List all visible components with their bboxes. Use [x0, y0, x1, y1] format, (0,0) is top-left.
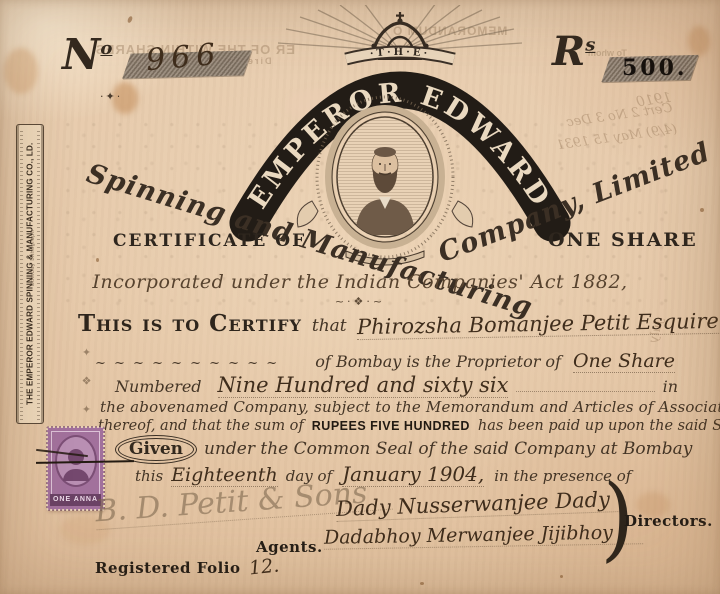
thereof-pre: thereof, and that the sum of	[98, 418, 304, 434]
the-banner-text: ·T·H·E·	[369, 47, 430, 60]
certificate-number-label: No	[62, 30, 112, 79]
directors-label: Directors.	[624, 512, 713, 530]
paper-speck	[96, 258, 99, 262]
association-line: the abovenamed Company, subject to the M…	[100, 398, 690, 416]
that-word: that	[312, 316, 347, 336]
proprietor-line: ~ ~ ~ ~ ~ ~ ~ ~ ~ ~ of Bombay is the Pro…	[95, 350, 675, 373]
amount-value: 500.	[622, 55, 688, 81]
paper-speck	[700, 208, 704, 212]
blank-squiggle: ~ ~ ~ ~ ~ ~ ~ ~ ~ ~	[95, 356, 303, 371]
this-is-to-certify: This is to Certify	[78, 310, 302, 337]
number-label-superscript: o	[100, 38, 112, 59]
paper-speck	[560, 575, 563, 578]
this-word: this	[135, 467, 163, 485]
svg-text:·T·H·E·: ·T·H·E·	[369, 47, 430, 60]
ruled-blank	[516, 375, 654, 392]
director-signature-2: Dadabhoy Merwanjee Jijibhoy	[324, 521, 643, 550]
holder-name: Phirozsha Bomanjee Petit Esquire	[356, 309, 718, 340]
ornament-rule: ~·❖·~	[80, 295, 640, 308]
paper-stain	[4, 48, 38, 94]
proprietor-text: of Bombay is the Proprietor of	[315, 352, 561, 371]
certificate-of-label: CERTIFICATE OF	[113, 231, 306, 251]
printer-mark: Bombay Lithograph	[30, 230, 36, 286]
association-text: the abovenamed Company, subject to the M…	[100, 398, 720, 416]
thereof-post: has been paid up upon the said Share.	[478, 418, 720, 434]
rays-decoration	[278, 5, 522, 51]
agents-label: Agents.	[256, 538, 323, 556]
registered-folio-value: 12.	[247, 554, 279, 579]
paper-stain	[688, 26, 710, 56]
given-word: Given	[118, 438, 194, 461]
stamp-king-bust	[63, 469, 89, 481]
given-line: Given under the Common Seal of the said …	[118, 438, 692, 461]
paper-speck	[127, 15, 134, 23]
sum-in-caps: RUPEES FIVE HUNDRED	[312, 419, 470, 433]
paper-speck	[420, 582, 424, 585]
registered-folio-label: Registered Folio	[95, 559, 241, 577]
share-number-words: Nine Hundred and sixty six	[218, 373, 509, 398]
one-share-label: ONE SHARE	[548, 229, 698, 251]
in-word: in	[663, 377, 678, 396]
incorporation-line: Incorporated under the Indian Companies'…	[80, 271, 640, 293]
registered-folio-row: Registered Folio 12.	[95, 556, 279, 578]
given-rest: under the Common Seal of the said Compan…	[204, 439, 692, 459]
diamond-ornament: ·✦·	[100, 90, 122, 103]
right-scroll-ornament	[452, 201, 473, 227]
sum-line: thereof, and that the sum of RUPEES FIVE…	[98, 418, 694, 434]
share-count-words: One Share	[573, 350, 675, 373]
share-certificate: ER OF THE WITHIN SHARES MEMORANDUM O To …	[0, 0, 720, 594]
numbered-line: Numbered Nine Hundred and sixty six in	[115, 373, 678, 398]
certify-line: This is to Certify that Phirozsha Bomanj…	[78, 310, 678, 337]
numbered-label: Numbered	[115, 377, 202, 396]
